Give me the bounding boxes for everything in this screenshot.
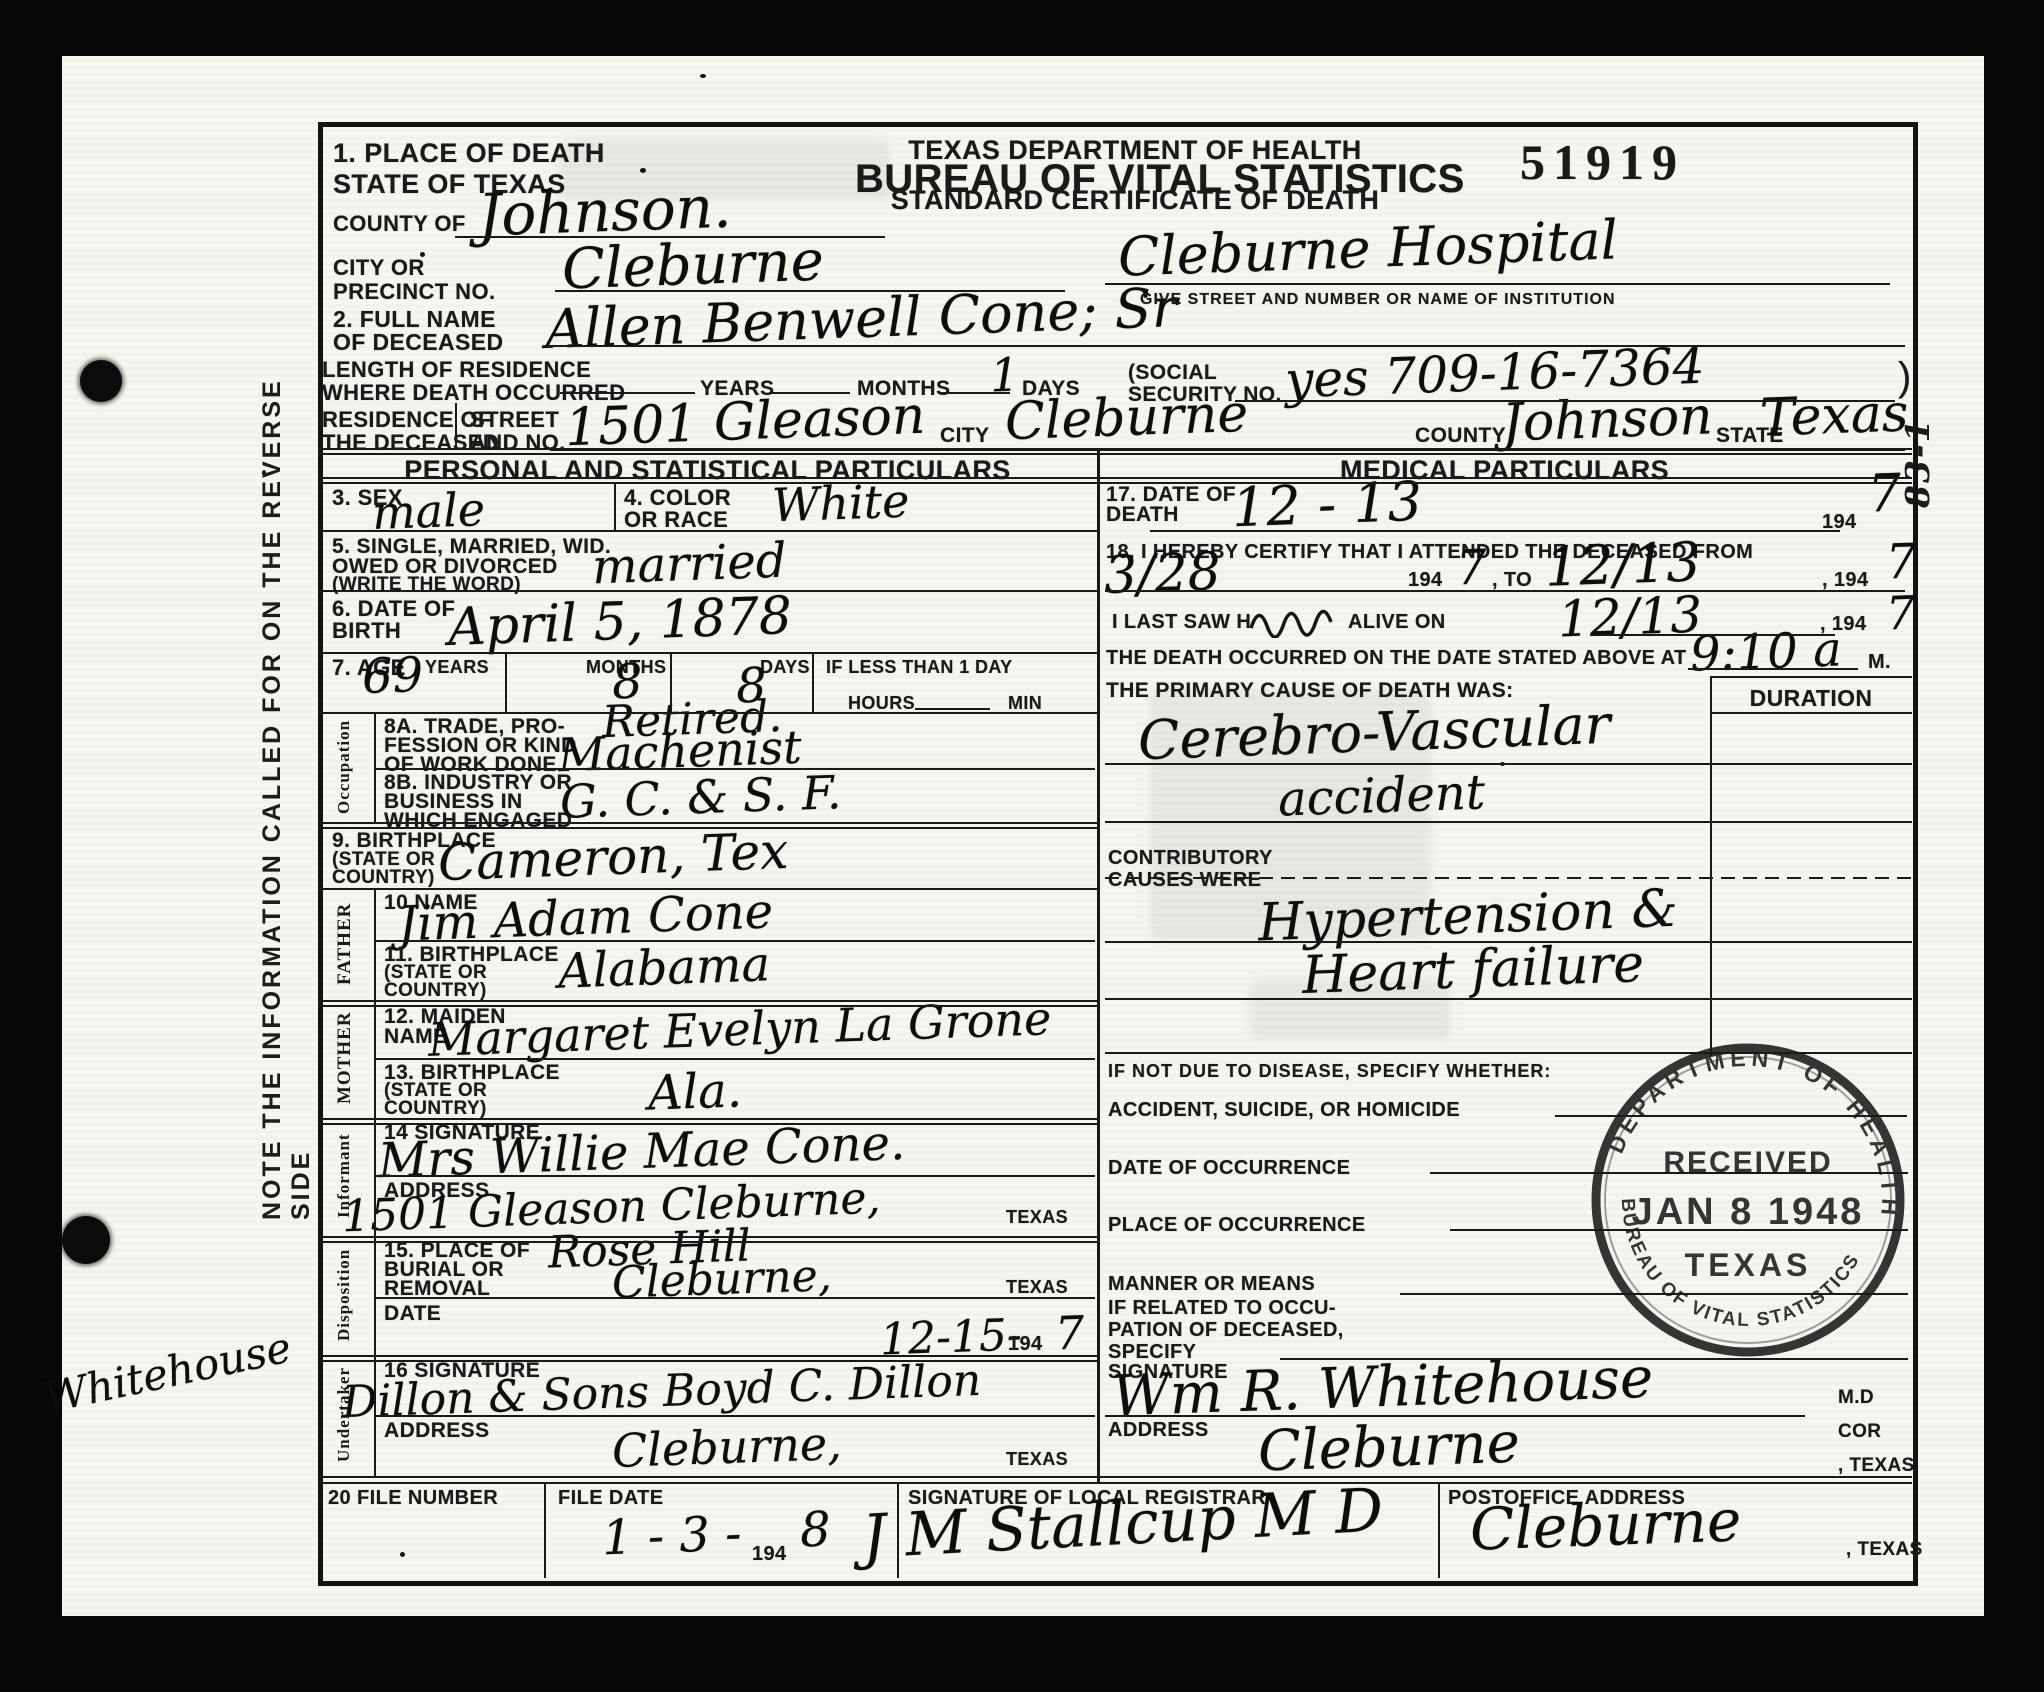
hole-punch — [62, 1216, 110, 1264]
primary-cause-value-1: Cerebro-Vascular — [1137, 698, 1611, 768]
rule-line — [318, 453, 1912, 455]
primary-cause-value-2: accident — [1277, 768, 1486, 823]
personal-section-header: PERSONAL AND STATISTICAL PARTICULARS — [318, 456, 1097, 484]
age-hours-label: HOURS — [848, 694, 915, 713]
institution-caption: GIVE STREET AND NUMBER OR NAME OF INSTIT… — [1140, 292, 1616, 309]
contrib-value-2: Heart failure — [1301, 938, 1645, 1002]
divider-line — [670, 652, 672, 712]
rule-line — [318, 1476, 1912, 1478]
physician-addr-value: Cleburne — [1257, 1415, 1521, 1480]
rule-line — [940, 392, 1010, 394]
standard-title: STANDARD CERTIFICATE OF DEATH — [855, 186, 1415, 214]
saw-label-1: I LAST SAW H — [1112, 612, 1251, 633]
contrib-label-1: CONTRIBUTORY — [1108, 848, 1273, 869]
age-years-value: 69 — [361, 651, 424, 701]
age-less-label: IF LESS THAN 1 DAY — [826, 658, 1013, 677]
color-label-1: 4. COLOR — [624, 486, 731, 509]
rule-line — [318, 477, 1912, 479]
rule-line — [1590, 634, 1835, 636]
rule-line — [318, 1360, 1097, 1362]
birth-label-2: BIRTH — [332, 619, 401, 642]
father-bp-label-3: COUNTRY) — [384, 981, 487, 1001]
file-year-printed: 194 — [752, 1544, 787, 1565]
rule-line — [376, 1415, 1095, 1417]
divider-line — [455, 403, 457, 449]
saw-year-hw: 7 — [1885, 590, 1916, 637]
physician-addr-state: , TEXAS — [1838, 1456, 1915, 1476]
divider-line — [812, 652, 814, 712]
color-value: White — [771, 478, 910, 529]
occu-label-1: IF RELATED TO OCCU- — [1108, 1298, 1336, 1319]
city-label-2: PRECINCT NO. — [333, 280, 495, 303]
date-occurrence-label: DATE OF OCCURRENCE — [1108, 1158, 1350, 1179]
certify-to-year-hw: 7 — [1885, 537, 1917, 586]
occu-label-3: SPECIFY — [1108, 1342, 1196, 1363]
physician-addr-label: ADDRESS — [1108, 1420, 1209, 1441]
rule-line — [1450, 1229, 1908, 1231]
rule-line — [1105, 1415, 1805, 1417]
street-value: 1501 Gleason — [564, 390, 926, 455]
industry-value: G. C. & S. F. — [559, 769, 842, 825]
postoffice-state: , TEXAS — [1846, 1540, 1923, 1560]
certify-from-value: 3/28 — [1103, 546, 1222, 602]
rule-line — [1105, 821, 1912, 823]
mother-bp-value: Ala. — [647, 1066, 743, 1117]
age-days-label: DAYS — [760, 658, 810, 677]
res-city-label: CITY — [940, 425, 989, 447]
occurred-label: THE DEATH OCCURRED ON THE DATE STATED AB… — [1106, 648, 1687, 669]
contrib-label-2: CAUSES WERE — [1108, 870, 1261, 891]
rule-line — [1105, 590, 1905, 592]
postoffice-value: Cleburne — [1469, 1491, 1742, 1558]
rule-line — [1710, 676, 1912, 678]
full-name-label-2: OF DECEASED — [333, 330, 504, 354]
ifnot-label: IF NOT DUE TO DISEASE, SPECIFY WHETHER: — [1108, 1062, 1551, 1081]
divider-line — [614, 482, 616, 530]
saw-value: 12/13 — [1557, 590, 1703, 645]
rule-line — [376, 940, 1095, 942]
file-number-label: 20 FILE NUMBER — [328, 1488, 498, 1509]
marital-value: married — [591, 537, 787, 592]
rule-line — [1105, 877, 1912, 879]
rule-line — [318, 1005, 1097, 1007]
place-of-death-label: 1. PLACE OF DEATH — [333, 139, 605, 167]
occupation-side-label: Occupation — [334, 714, 354, 820]
occu-label-2: PATION OF DECEASED, — [1108, 1320, 1344, 1341]
rule-line — [318, 712, 1097, 714]
margin-note-vertical: NOTE THE INFORMATION CALLED FOR ON THE R… — [258, 300, 316, 1220]
burial-state: TEXAS — [1006, 1278, 1068, 1297]
rule-line — [1710, 712, 1912, 714]
res-city-value: Cleburne — [1004, 388, 1249, 448]
rule-line — [318, 1236, 1097, 1238]
divider-line — [374, 712, 376, 822]
birth-label-1: 6. DATE OF — [332, 597, 455, 620]
rule-line — [318, 827, 1097, 829]
rule-line — [318, 1355, 1097, 1357]
scanned-death-certificate: NOTE THE INFORMATION CALLED FOR ON THE R… — [0, 0, 2044, 1692]
certificate-number: 51919 — [1520, 136, 1685, 189]
file-date-value: 1 - 3 - — [601, 1510, 742, 1563]
rule-line — [560, 392, 695, 394]
divider-line — [505, 652, 507, 712]
rule-line — [915, 708, 990, 710]
file-year-hw: 8 — [799, 1505, 831, 1554]
street-label-1: STREET — [470, 408, 559, 431]
manner-means-label: MANNER OR MEANS — [1108, 1274, 1315, 1295]
color-label-2: OR RACE — [624, 508, 728, 531]
ssn-label-1: (SOCIAL — [1128, 362, 1217, 384]
dod-label-2: DEATH — [1106, 504, 1179, 526]
rule-line — [1105, 1052, 1912, 1054]
birthplace-value: Cameron, Tex — [437, 826, 789, 888]
residence-label-1: RESIDENCE OF — [322, 408, 492, 431]
birth-value: April 5, 1878 — [447, 590, 793, 654]
rule-line — [318, 1123, 1097, 1125]
md-label: M.D — [1838, 1388, 1874, 1408]
divider-line — [544, 1482, 546, 1578]
certify-from-year-hw: 7 — [1455, 543, 1487, 592]
father-side-label: FATHER — [334, 890, 356, 998]
rule-line — [1150, 530, 1840, 532]
stamp-date: JAN 8 1948 — [1632, 1191, 1865, 1233]
duration-label: DURATION — [1712, 686, 1910, 710]
undertaker-addr-value: Cleburne, — [611, 1420, 842, 1474]
rule-line — [376, 1297, 1095, 1299]
certify-to-year-printed: , 194 — [1822, 570, 1868, 591]
column-divider — [1097, 448, 1100, 1482]
county-label: COUNTY OF — [333, 212, 466, 235]
rule-line — [318, 482, 1912, 484]
received-stamp: DEPARTMENT OF HEALTH BUREAU OF VITAL STA… — [1578, 1030, 1918, 1370]
rule-line — [1105, 941, 1912, 943]
rule-line — [318, 888, 1097, 890]
accident-suicide-label: ACCIDENT, SUICIDE, OR HOMICIDE — [1108, 1100, 1460, 1121]
sex-value: male — [371, 486, 486, 536]
rule-line — [1430, 1172, 1908, 1174]
duration-box-left — [1710, 676, 1712, 1056]
certify-to-label: , TO — [1492, 570, 1532, 591]
age-years-label: YEARS — [425, 658, 489, 677]
rule-line — [376, 768, 1095, 770]
place-occurrence-label: PLACE OF OCCURRENCE — [1108, 1215, 1366, 1236]
mother-bp-label-3: COUNTRY) — [384, 1099, 487, 1119]
rule-line — [318, 530, 1097, 532]
rule-line — [770, 392, 850, 394]
scribble-mark — [1248, 598, 1340, 638]
rule-line — [555, 290, 1065, 292]
disposition-side-label: Disposition — [334, 1238, 354, 1351]
rule-line — [376, 1058, 1095, 1060]
dod-year-hw: 7 — [1867, 467, 1902, 520]
rule-line — [318, 590, 1097, 592]
rule-line — [1280, 1358, 1908, 1360]
rule-line — [1235, 400, 1895, 402]
saw-label-2: ALIVE ON — [1348, 612, 1446, 633]
stamp-received: RECEIVED — [1663, 1146, 1832, 1179]
medical-section-header: MEDICAL PARTICULARS — [1097, 456, 1912, 484]
father-bp-value: Alabama — [557, 940, 771, 995]
city-label-1: CITY OR — [333, 256, 425, 279]
hole-punch — [80, 360, 122, 402]
cor-label: COR — [1838, 1422, 1881, 1442]
occurred-m-label: M. — [1868, 652, 1891, 673]
rule-line — [545, 345, 1905, 347]
file-date-label: FILE DATE — [558, 1488, 663, 1509]
noise-speck — [700, 74, 706, 78]
birthplace-label-3: COUNTRY) — [332, 868, 435, 888]
divider-line — [374, 888, 376, 1476]
rule-line — [1555, 1115, 1907, 1117]
rule-line — [1105, 283, 1890, 285]
rule-line — [318, 1241, 1097, 1243]
rule-line — [1105, 998, 1912, 1000]
burial-date-label: DATE — [384, 1303, 441, 1325]
certify-from-year-printed: 194 — [1408, 570, 1443, 591]
burial-date-year-printed: 194 — [1008, 1334, 1043, 1355]
rule-line — [318, 1118, 1097, 1120]
rule-line — [455, 236, 885, 238]
divider-line — [897, 1482, 899, 1578]
rule-line — [318, 1000, 1097, 1002]
full-name-label-1: 2. FULL NAME — [333, 307, 496, 331]
rule-line — [318, 822, 1097, 824]
informant-addr-state: TEXAS — [1006, 1208, 1068, 1227]
res-county-label: COUNTY — [1415, 425, 1506, 447]
res-state-value: Texas — [1759, 387, 1909, 444]
stamp-state: TEXAS — [1685, 1247, 1812, 1283]
rule-line — [318, 652, 1097, 654]
rule-line — [1400, 1293, 1908, 1295]
rule-line — [318, 448, 1912, 450]
divider-line — [1438, 1482, 1440, 1578]
age-min-label: MIN — [1008, 694, 1042, 713]
undertaker-addr-label: ADDRESS — [384, 1420, 489, 1442]
rule-line — [1688, 668, 1858, 670]
rule-line — [376, 1175, 1095, 1177]
burial-date-year-hw: 7 — [1054, 1310, 1085, 1357]
mother-side-label: MOTHER — [334, 1002, 356, 1114]
rule-line — [1105, 763, 1912, 765]
rule-line — [318, 1482, 1912, 1484]
length-label-1: LENGTH OF RESIDENCE — [322, 358, 591, 381]
undertaker-addr-state: TEXAS — [1006, 1450, 1068, 1469]
